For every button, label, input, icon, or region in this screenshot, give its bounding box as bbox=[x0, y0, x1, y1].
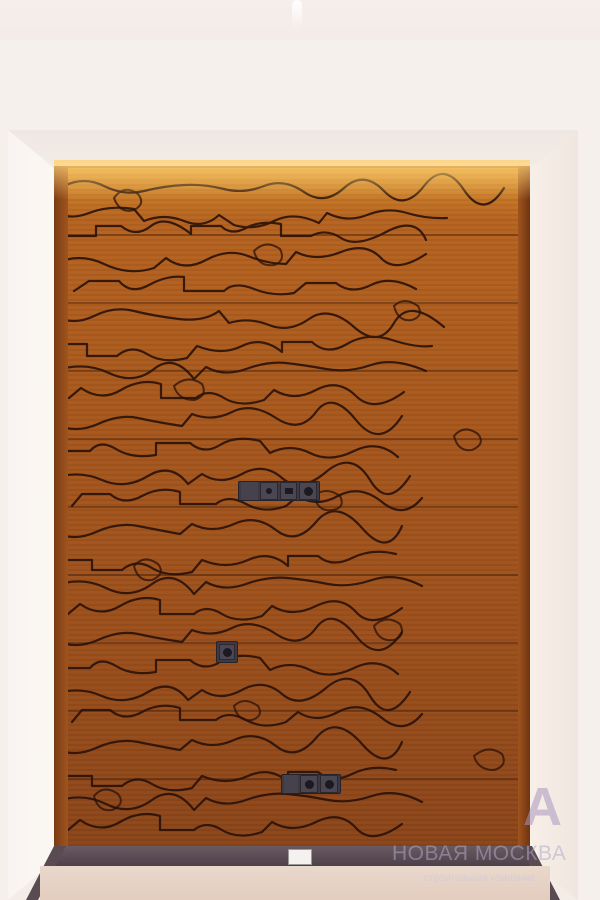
watermark-logo: А bbox=[523, 780, 562, 834]
ceiling-light-glare bbox=[292, 0, 302, 30]
power-socket[interactable] bbox=[299, 482, 317, 500]
power-socket[interactable] bbox=[219, 644, 235, 660]
media-socket-panel[interactable] bbox=[238, 481, 320, 501]
label-sticker bbox=[288, 849, 312, 865]
double-power-socket[interactable] bbox=[281, 774, 341, 794]
wood-accent-panel bbox=[54, 166, 530, 846]
power-socket[interactable] bbox=[320, 775, 338, 793]
coax-socket[interactable] bbox=[260, 482, 278, 500]
watermark-title: НОВАЯ МОСКВА bbox=[392, 842, 566, 866]
panel-left-edge bbox=[54, 166, 68, 846]
watermark-subtitle: строительная компания bbox=[424, 873, 535, 884]
single-power-socket[interactable] bbox=[216, 641, 238, 663]
niche-left-jamb bbox=[8, 130, 54, 900]
blank-module bbox=[284, 775, 298, 793]
carved-maze-pattern bbox=[54, 166, 530, 846]
network-socket[interactable] bbox=[280, 482, 298, 500]
power-socket[interactable] bbox=[300, 775, 318, 793]
blank-module bbox=[241, 482, 258, 500]
niche-soffit bbox=[8, 130, 578, 166]
panel-right-edge bbox=[518, 166, 530, 846]
